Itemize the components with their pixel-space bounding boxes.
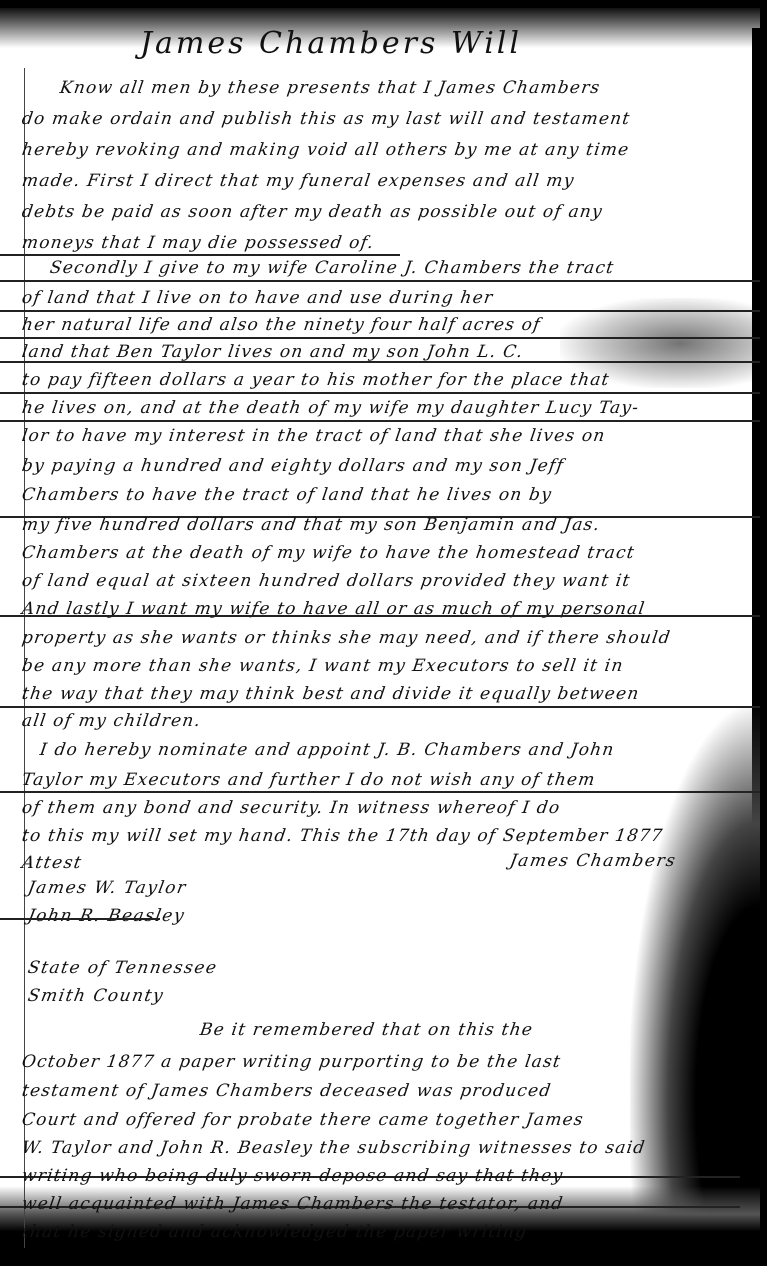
ruled-line bbox=[0, 706, 760, 708]
probate-line: Be it remembered that on this the bbox=[199, 1020, 748, 1040]
will-line: hereby revoking and making void all othe… bbox=[21, 140, 748, 160]
ruled-line bbox=[0, 918, 160, 920]
document-title: James Chambers Will bbox=[140, 26, 522, 61]
will-line: Taylor my Executors and further I do not… bbox=[21, 770, 748, 790]
attest-label: Attest bbox=[20, 853, 84, 873]
ruled-line bbox=[0, 615, 760, 617]
will-line: made. First I direct that my funeral exp… bbox=[21, 171, 748, 191]
ruled-line bbox=[0, 361, 760, 363]
probate-line: Court and offered for probate there came… bbox=[21, 1110, 748, 1130]
will-line: to pay fifteen dollars a year to his mot… bbox=[21, 370, 748, 390]
probate-line: October 1877 a paper writing purporting … bbox=[21, 1052, 748, 1072]
probate-line: W. Taylor and John R. Beasley the subscr… bbox=[21, 1138, 748, 1158]
ruled-line bbox=[0, 392, 760, 394]
will-line: do make ordain and publish this as my la… bbox=[21, 109, 748, 129]
witness-signature: John R. Beasley bbox=[26, 906, 187, 926]
will-line: I do hereby nominate and appoint J. B. C… bbox=[39, 740, 748, 760]
will-line: he lives on, and at the death of my wife… bbox=[21, 398, 748, 418]
will-line: Secondly I give to my wife Caroline J. C… bbox=[49, 258, 748, 278]
will-line: to this my will set my hand. This the 17… bbox=[21, 826, 748, 846]
will-line: my five hundred dollars and that my son … bbox=[21, 515, 748, 535]
will-line: of them any bond and security. In witnes… bbox=[21, 798, 748, 818]
will-line: lor to have my interest in the tract of … bbox=[21, 426, 748, 446]
will-line: land that Ben Taylor lives on and my son… bbox=[21, 342, 748, 362]
will-line: of land equal at sixteen hundred dollars… bbox=[21, 571, 748, 591]
ruled-line bbox=[0, 791, 760, 793]
ruled-line bbox=[0, 254, 400, 256]
will-document-page: James Chambers Will Know all men by thes… bbox=[0, 8, 760, 1256]
will-line: her natural life and also the ninety fou… bbox=[21, 315, 748, 335]
will-line: all of my children. bbox=[21, 711, 748, 731]
ruled-line bbox=[0, 310, 760, 312]
will-line: moneys that I may die possessed of. bbox=[21, 233, 748, 253]
probate-line: that he signed and acknowledged the pape… bbox=[21, 1222, 748, 1242]
witness-signature: James W. Taylor bbox=[26, 878, 188, 898]
will-line: by paying a hundred and eighty dollars a… bbox=[21, 456, 748, 476]
probate-line: well acquainted with James Chambers the … bbox=[21, 1194, 748, 1214]
will-line: Know all men by these presents that I Ja… bbox=[59, 78, 748, 98]
will-line: property as she wants or thinks she may … bbox=[21, 628, 748, 648]
ruled-line bbox=[0, 337, 760, 339]
will-line: be any more than she wants, I want my Ex… bbox=[21, 656, 748, 676]
probate-line: writing who being duly sworn depose and … bbox=[21, 1166, 748, 1186]
will-line: Chambers to have the tract of land that … bbox=[21, 485, 748, 505]
will-line: the way that they may think best and div… bbox=[21, 684, 748, 704]
ruled-line bbox=[0, 280, 760, 282]
testator-signature: James Chambers bbox=[508, 851, 678, 871]
will-line: of land that I live on to have and use d… bbox=[21, 288, 748, 308]
ruled-line bbox=[0, 420, 760, 422]
probate-county: Smith County bbox=[26, 986, 165, 1006]
will-line: Chambers at the death of my wife to have… bbox=[21, 543, 748, 563]
probate-state: State of Tennessee bbox=[26, 958, 219, 978]
probate-line: testament of James Chambers deceased was… bbox=[21, 1081, 748, 1101]
will-line: debts be paid as soon after my death as … bbox=[21, 202, 748, 222]
